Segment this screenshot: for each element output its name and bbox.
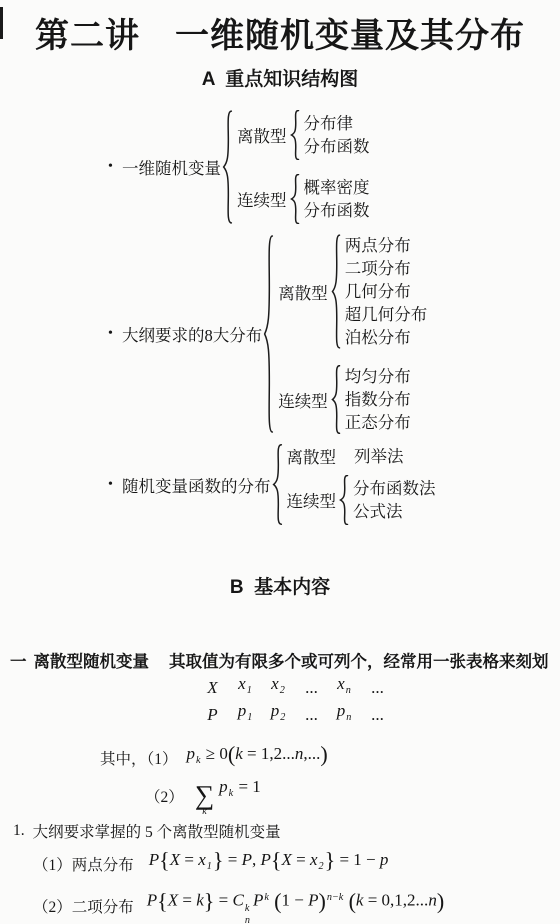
brace-icon	[290, 110, 300, 160]
group-discrete: 离散型 两点分布 二项分布 几何分布 超几何分布 泊松分布	[278, 234, 427, 349]
list-title: 1. 大纲要求掌握的 5 个离散型随机变量	[13, 820, 281, 842]
tree-node-label: 一维随机变量	[122, 155, 221, 179]
group-label: 离散型	[278, 280, 328, 304]
term-name: 离散型随机变量	[34, 648, 150, 672]
brace-icon	[331, 234, 341, 349]
table-cell: X	[196, 675, 229, 701]
group-continuous: 连续型 均匀分布 指数分布 正态分布	[278, 365, 427, 434]
tree-leaf: 概率密度	[304, 176, 370, 199]
condition-2-formula: ∑kpk = 1	[195, 774, 261, 819]
group-continuous: 连续型 分布函数法 公式法	[287, 475, 436, 525]
table-cell: p1	[229, 698, 262, 731]
distribution-binomial: （2）二项分布 P{X = k} = CknPk (1 − P)n−k (k =…	[33, 885, 444, 924]
table-cell: ...	[295, 675, 328, 701]
section-a-heading: A 重点知识结构图	[0, 64, 560, 91]
tree-leaf: 公式法	[353, 500, 436, 523]
table-cell: P	[196, 702, 229, 728]
table-cell: ...	[361, 675, 394, 701]
condition-1-formula: pk ≥ 0(k = 1,2...n,...)	[187, 741, 328, 774]
list-title-text: 大纲要求掌握的 5 个离散型随机变量	[33, 820, 281, 842]
condition-1: 其中，（1） pk ≥ 0(k = 1,2...n,...)	[100, 741, 328, 774]
table-cell: ...	[295, 702, 328, 728]
tree-leaf: 泊松分布	[345, 326, 428, 349]
group-label: 连续型	[278, 388, 328, 412]
distribution-formula: P{X = x1} = P, P{X = x2} = 1 − p	[149, 847, 389, 880]
tree-leaf: 超几何分布	[345, 303, 428, 326]
condition-2-label: （2）	[145, 785, 184, 807]
table-cell: ...	[361, 702, 394, 728]
term-description: 其取值为有限多个或可列个，经常用一张表格来刻划	[169, 648, 549, 672]
table-row-p: P p1 p2 ... pn ...	[196, 701, 394, 728]
table-cell: pn	[328, 698, 361, 731]
tree-leaf: 均匀分布	[345, 365, 411, 388]
brace-icon	[263, 234, 274, 434]
condition-1-label: 其中，（1）	[100, 747, 178, 769]
group-label: 连续型	[287, 488, 337, 512]
brace-icon	[290, 174, 300, 224]
brace-icon	[331, 365, 341, 434]
tree-leaf: 几何分布	[345, 280, 428, 303]
group-discrete: 离散型 分布律 分布函数	[237, 110, 370, 160]
tree-node-label: 随机变量函数的分布	[122, 473, 271, 497]
bullet-icon: •	[104, 477, 117, 493]
tree-leaf: 两点分布	[345, 234, 428, 257]
brace-icon	[339, 475, 349, 525]
distribution-label: （1）两点分布	[33, 853, 134, 875]
brace-icon	[272, 444, 283, 525]
condition-2: （2） ∑kpk = 1	[145, 774, 261, 818]
item-number: 一	[10, 648, 27, 672]
knowledge-structure-diagram: • 一维随机变量 离散型 分布律 分布函数 连续型 概率密度	[104, 110, 436, 525]
document-page: 第二讲 一维随机变量及其分布 A 重点知识结构图 • 一维随机变量 离散型 分布…	[0, 0, 560, 924]
tree-node-random-variable: • 一维随机变量 离散型 分布律 分布函数 连续型 概率密度	[104, 110, 436, 224]
table-row-x: X x1 x2 ... xn ...	[196, 674, 394, 701]
bullet-icon: •	[104, 326, 117, 342]
tree-leaf: 分布律	[304, 112, 370, 135]
tree-leaf: 指数分布	[345, 388, 411, 411]
tree-leaf: 正态分布	[345, 411, 411, 434]
group-label: 离散型	[287, 444, 337, 468]
tree-node-function-distribution: • 随机变量函数的分布 离散型 列举法 连续型 分布函数法 公式法	[104, 444, 436, 525]
tree-node-label: 大纲要求的8大分布	[122, 322, 262, 346]
distribution-formula: P{X = k} = CknPk (1 − P)n−k (k = 0,1,2..…	[147, 885, 444, 924]
section-b-heading: B 基本内容	[0, 572, 560, 599]
bullet-icon: •	[104, 159, 117, 175]
tree-leaf: 二项分布	[345, 257, 428, 280]
discrete-rv-intro: 一 离散型随机变量 其取值为有限多个或可列个，经常用一张表格来刻划	[10, 648, 549, 672]
group-label: 离散型	[237, 123, 287, 147]
list-number: 1.	[13, 822, 25, 840]
group-discrete: 离散型 列举法	[287, 444, 436, 468]
tree-leaf: 分布函数法	[353, 477, 436, 500]
group-continuous: 连续型 概率密度 分布函数	[237, 174, 370, 224]
tree-node-eight-distributions: • 大纲要求的8大分布 离散型 两点分布 二项分布 几何分布 超几何分布 泊松分…	[104, 234, 436, 434]
distribution-label: （2）二项分布	[33, 895, 134, 917]
page-title: 第二讲 一维随机变量及其分布	[0, 8, 560, 57]
brace-icon	[222, 110, 233, 224]
distribution-table: X x1 x2 ... xn ... P p1 p2 ... pn ...	[196, 674, 394, 728]
tree-leaf: 分布函数	[304, 199, 370, 222]
distribution-two-point: （1）两点分布 P{X = x1} = P, P{X = x2} = 1 − p	[33, 847, 388, 880]
tree-leaf: 分布函数	[304, 135, 370, 158]
table-cell: p2	[262, 698, 295, 731]
tree-leaf: 列举法	[354, 445, 404, 468]
group-label: 连续型	[237, 187, 287, 211]
